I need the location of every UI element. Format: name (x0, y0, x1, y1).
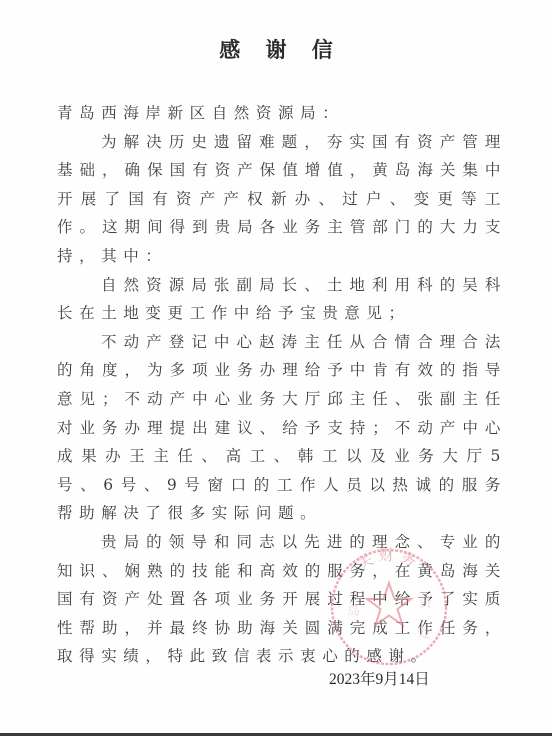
paragraph-3: 不动产登记中心赵涛主任从合情合理合法的角度，为多项业务办理给予中肯有效的指导意见… (57, 328, 507, 528)
star-icon (367, 583, 411, 625)
official-seal: 关财务 岛 资 处 (327, 545, 451, 669)
salutation: 青岛西海岸新区自然资源局： (57, 99, 507, 128)
seal-stamp-icon: 关财务 岛 资 处 (327, 545, 451, 669)
paragraph-2: 自然资源局张副局长、土地利用科的吴科长在土地变更工作中给予宝贵意见； (57, 271, 507, 328)
svg-text:岛: 岛 (347, 603, 360, 619)
svg-text:处: 处 (417, 625, 430, 641)
paragraph-1: 为解决历史遗留难题，夯实国有资产管理基础，确保国有资产保值增值，黄岛海关集中开展… (57, 128, 507, 271)
svg-text:资: 资 (419, 595, 433, 611)
svg-text:关财务: 关财务 (354, 546, 423, 573)
letter-date: 2023年9月14日 (329, 667, 430, 689)
letter-page: 感 谢 信 青岛西海岸新区自然资源局： 为解决历史遗留难题，夯实国有资产管理基础… (0, 0, 552, 733)
page-title: 感 谢 信 (0, 34, 552, 64)
